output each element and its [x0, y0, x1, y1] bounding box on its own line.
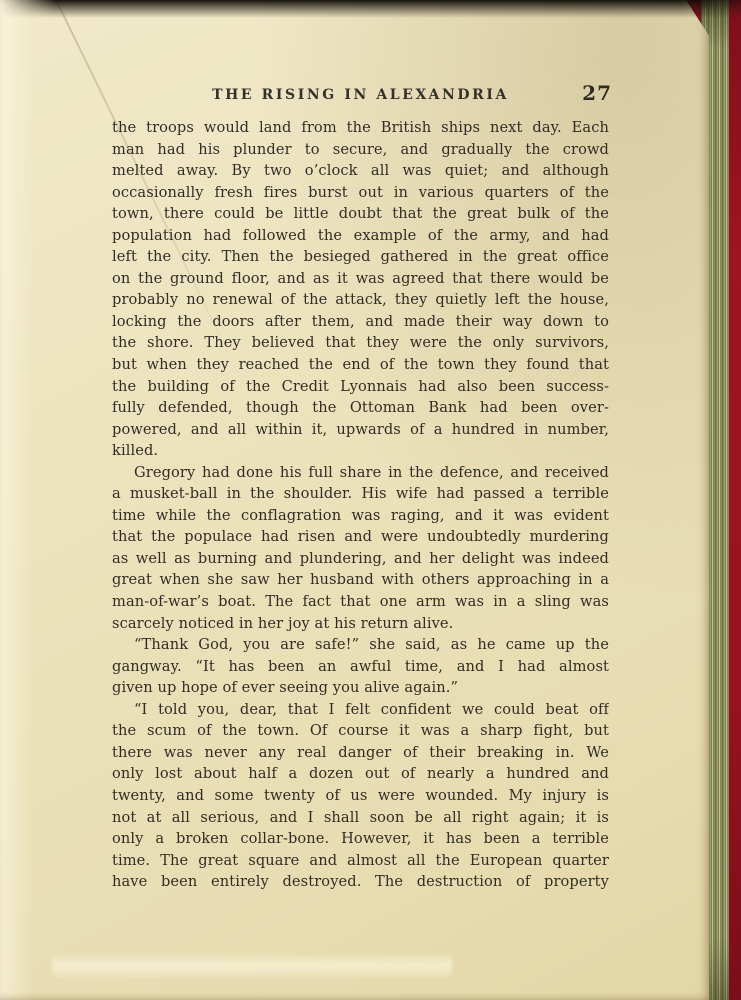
text-line: time while the conflagration was raging,…: [112, 505, 609, 527]
text-line: man had his plunder to secure, and gradu…: [112, 139, 609, 161]
text-line: given up hope of ever seeing you alive a…: [112, 677, 609, 699]
chapter-title: THE RISING IN ALEXANDRIA: [112, 84, 609, 103]
text-line: have been entirely destroyed. The destru…: [112, 871, 609, 893]
text-line: powered, and all within it, upwards of a…: [112, 419, 609, 441]
page-number: 27: [582, 81, 612, 105]
text-block: the troops would land from the British s…: [112, 117, 609, 893]
book-page: THE RISING IN ALEXANDRIA 27 the troops w…: [0, 0, 709, 1000]
text-line: the shore. They believed that they were …: [112, 332, 609, 354]
text-line: locking the doors after them, and made t…: [112, 311, 609, 333]
text-line: killed.: [112, 440, 609, 462]
text-line: gangway. “It has been an awful time, and…: [112, 656, 609, 678]
text-line: only lost about half a dozen out of near…: [112, 763, 609, 785]
text-line: twenty, and some twenty of us were wound…: [112, 785, 609, 807]
text-line: town, there could be little doubt that t…: [112, 203, 609, 225]
text-line: there was never any real danger of their…: [112, 742, 609, 764]
text-line: probably no renewal of the attack, they …: [112, 289, 609, 311]
paragraph: “Thank God, you are safe!” she said, as …: [112, 634, 609, 699]
paragraph: “I told you, dear, that I felt confident…: [112, 699, 609, 893]
text-line: occasionally fresh fires burst out in va…: [112, 182, 609, 204]
text-line: as well as burning and plundering, and h…: [112, 548, 609, 570]
text-line: great when she saw her husband with othe…: [112, 569, 609, 591]
book-scan: { "header": { "title": "THE RISING IN AL…: [0, 0, 741, 1000]
page-showthrough-band: [52, 954, 452, 978]
text-line: on the ground floor, and as it was agree…: [112, 268, 609, 290]
text-line: “I told you, dear, that I felt confident…: [112, 699, 609, 721]
paragraph: the troops would land from the British s…: [112, 117, 609, 462]
text-line: time. The great square and almost all th…: [112, 850, 609, 872]
text-line: a musket-ball in the shoulder. His wife …: [112, 483, 609, 505]
text-line: the scum of the town. Of course it was a…: [112, 720, 609, 742]
text-line: only a broken collar-bone. However, it h…: [112, 828, 609, 850]
paragraph: Gregory had done his full share in the d…: [112, 462, 609, 634]
text-line: that the populace had risen and were und…: [112, 526, 609, 548]
text-line: fully defended, though the Ottoman Bank …: [112, 397, 609, 419]
printed-content: THE RISING IN ALEXANDRIA 27 the troops w…: [112, 84, 609, 893]
text-line: left the city. Then the besieged gathere…: [112, 246, 609, 268]
running-header: THE RISING IN ALEXANDRIA 27: [112, 84, 609, 117]
text-line: melted away. By two o’clock all was quie…: [112, 160, 609, 182]
text-line: not at all serious, and I shall soon be …: [112, 807, 609, 829]
text-line: Gregory had done his full share in the d…: [112, 462, 609, 484]
text-line: man-of-war’s boat. The fact that one arm…: [112, 591, 609, 613]
text-line: scarcely noticed in her joy at his retur…: [112, 613, 609, 635]
text-line: but when they reached the end of the tow…: [112, 354, 609, 376]
text-line: population had followed the example of t…: [112, 225, 609, 247]
text-line: “Thank God, you are safe!” she said, as …: [112, 634, 609, 656]
text-line: the troops would land from the British s…: [112, 117, 609, 139]
scan-top-shadow: [0, 0, 741, 18]
text-line: the building of the Credit Lyonnais had …: [112, 376, 609, 398]
